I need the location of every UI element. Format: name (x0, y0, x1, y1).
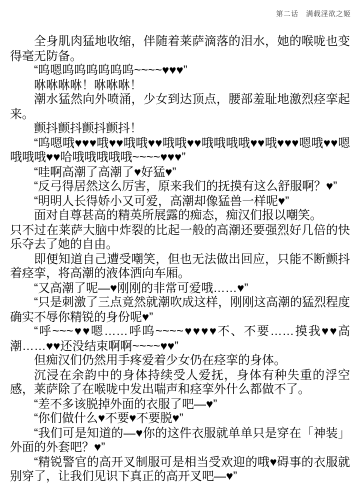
page-body-text: 全身肌肉猛地收缩，伴随着莱萨滴落的泪水，她的喉咙也变得毫无防备。“呜嗯呜呜呜呜呜… (10, 34, 350, 484)
paragraph: 只不过在莱萨大脑中炸裂的比起一般的高潮还要强烈好几倍的快乐夺去了她的自由。 (10, 223, 350, 252)
paragraph: 但痴汉们仍然用手疼爱着少女仍在痉挛的身体。 (10, 353, 350, 368)
paragraph: 咻咻咻咻！咻咻咻！ (10, 78, 350, 93)
reader-page: 第二话 满载淫欲之姬 全身肌肉猛地收缩，伴随着莱萨滴落的泪水，她的喉咙也变得毫无… (0, 0, 360, 504)
paragraph: “你们做什么♥不要♥不要脱♥” (10, 411, 350, 426)
paragraph: “反弓得居然这么厉害，原来我们的抚摸有这么舒服啊？♥” (10, 179, 350, 194)
paragraph: 沉浸在余韵中的身体持续受人爱抚，身体有种失重的浮空感，莱萨除了在喉咙中发出喘声和… (10, 368, 350, 397)
paragraph: “呜嗯哦♥♥♥哦♥♥哦哦♥♥哦哦♥♥哦哦哦哦♥♥哦♥♥♥嗯哦♥♥嗯哦哦哦♥♥哈哦… (10, 136, 350, 165)
paragraph: “呜嗯呜呜呜呜呜呜~~~~♥♥♥” (10, 63, 350, 78)
paragraph: 颤抖颤抖颤抖颤抖！ (10, 121, 350, 136)
paragraph: “呼~~~♥♥嗯……呼呜~~~~♥♥♥♥不、不要……摸我♥♥高潮……♥♥还没结束… (10, 324, 350, 353)
paragraph: 潮水猛然向外喷涌，少女到达顶点，腰部羞耻地激烈痉挛起来。 (10, 92, 350, 121)
paragraph: “精锐警官的高开叉制服可是相当受欢迎的哦♥碍事的衣服就别穿了，让我们见识下真正的… (10, 455, 350, 484)
paragraph: 面对自尊甚高的精英所展露的痴态，痴汉们报以嘲笑。 (10, 208, 350, 223)
paragraph: “哇啊高潮了高潮了♥好猛♥” (10, 165, 350, 180)
paragraph: “差不多该脱掉外面的衣服了吧—♥” (10, 397, 350, 412)
paragraph: “我们可是知道的—♥你的这件衣服就单单只是穿在「神装」外面的外套吧？♥” (10, 426, 350, 455)
paragraph: “明明人长得娇小又可爱，高潮却像猛兽一样呢♥” (10, 194, 350, 209)
paragraph: 全身肌肉猛地收缩，伴随着莱萨滴落的泪水，她的喉咙也变得毫无防备。 (10, 34, 350, 63)
paragraph: 即便知道自己遭受嘲笑，但也无法做出回应，只能不断颤抖着痉挛，将高潮的液体洒向车厢… (10, 252, 350, 281)
chapter-header: 第二话 满载淫欲之姬 (276, 10, 351, 19)
paragraph: “又高潮了呢—♥刚刚的非常可爱哦……♥” (10, 281, 350, 296)
paragraph: “只是刺激了三点竟然就潮吹成这样，刚刚这高潮的猛烈程度确实不辱你精锐的身份呢♥” (10, 295, 350, 324)
